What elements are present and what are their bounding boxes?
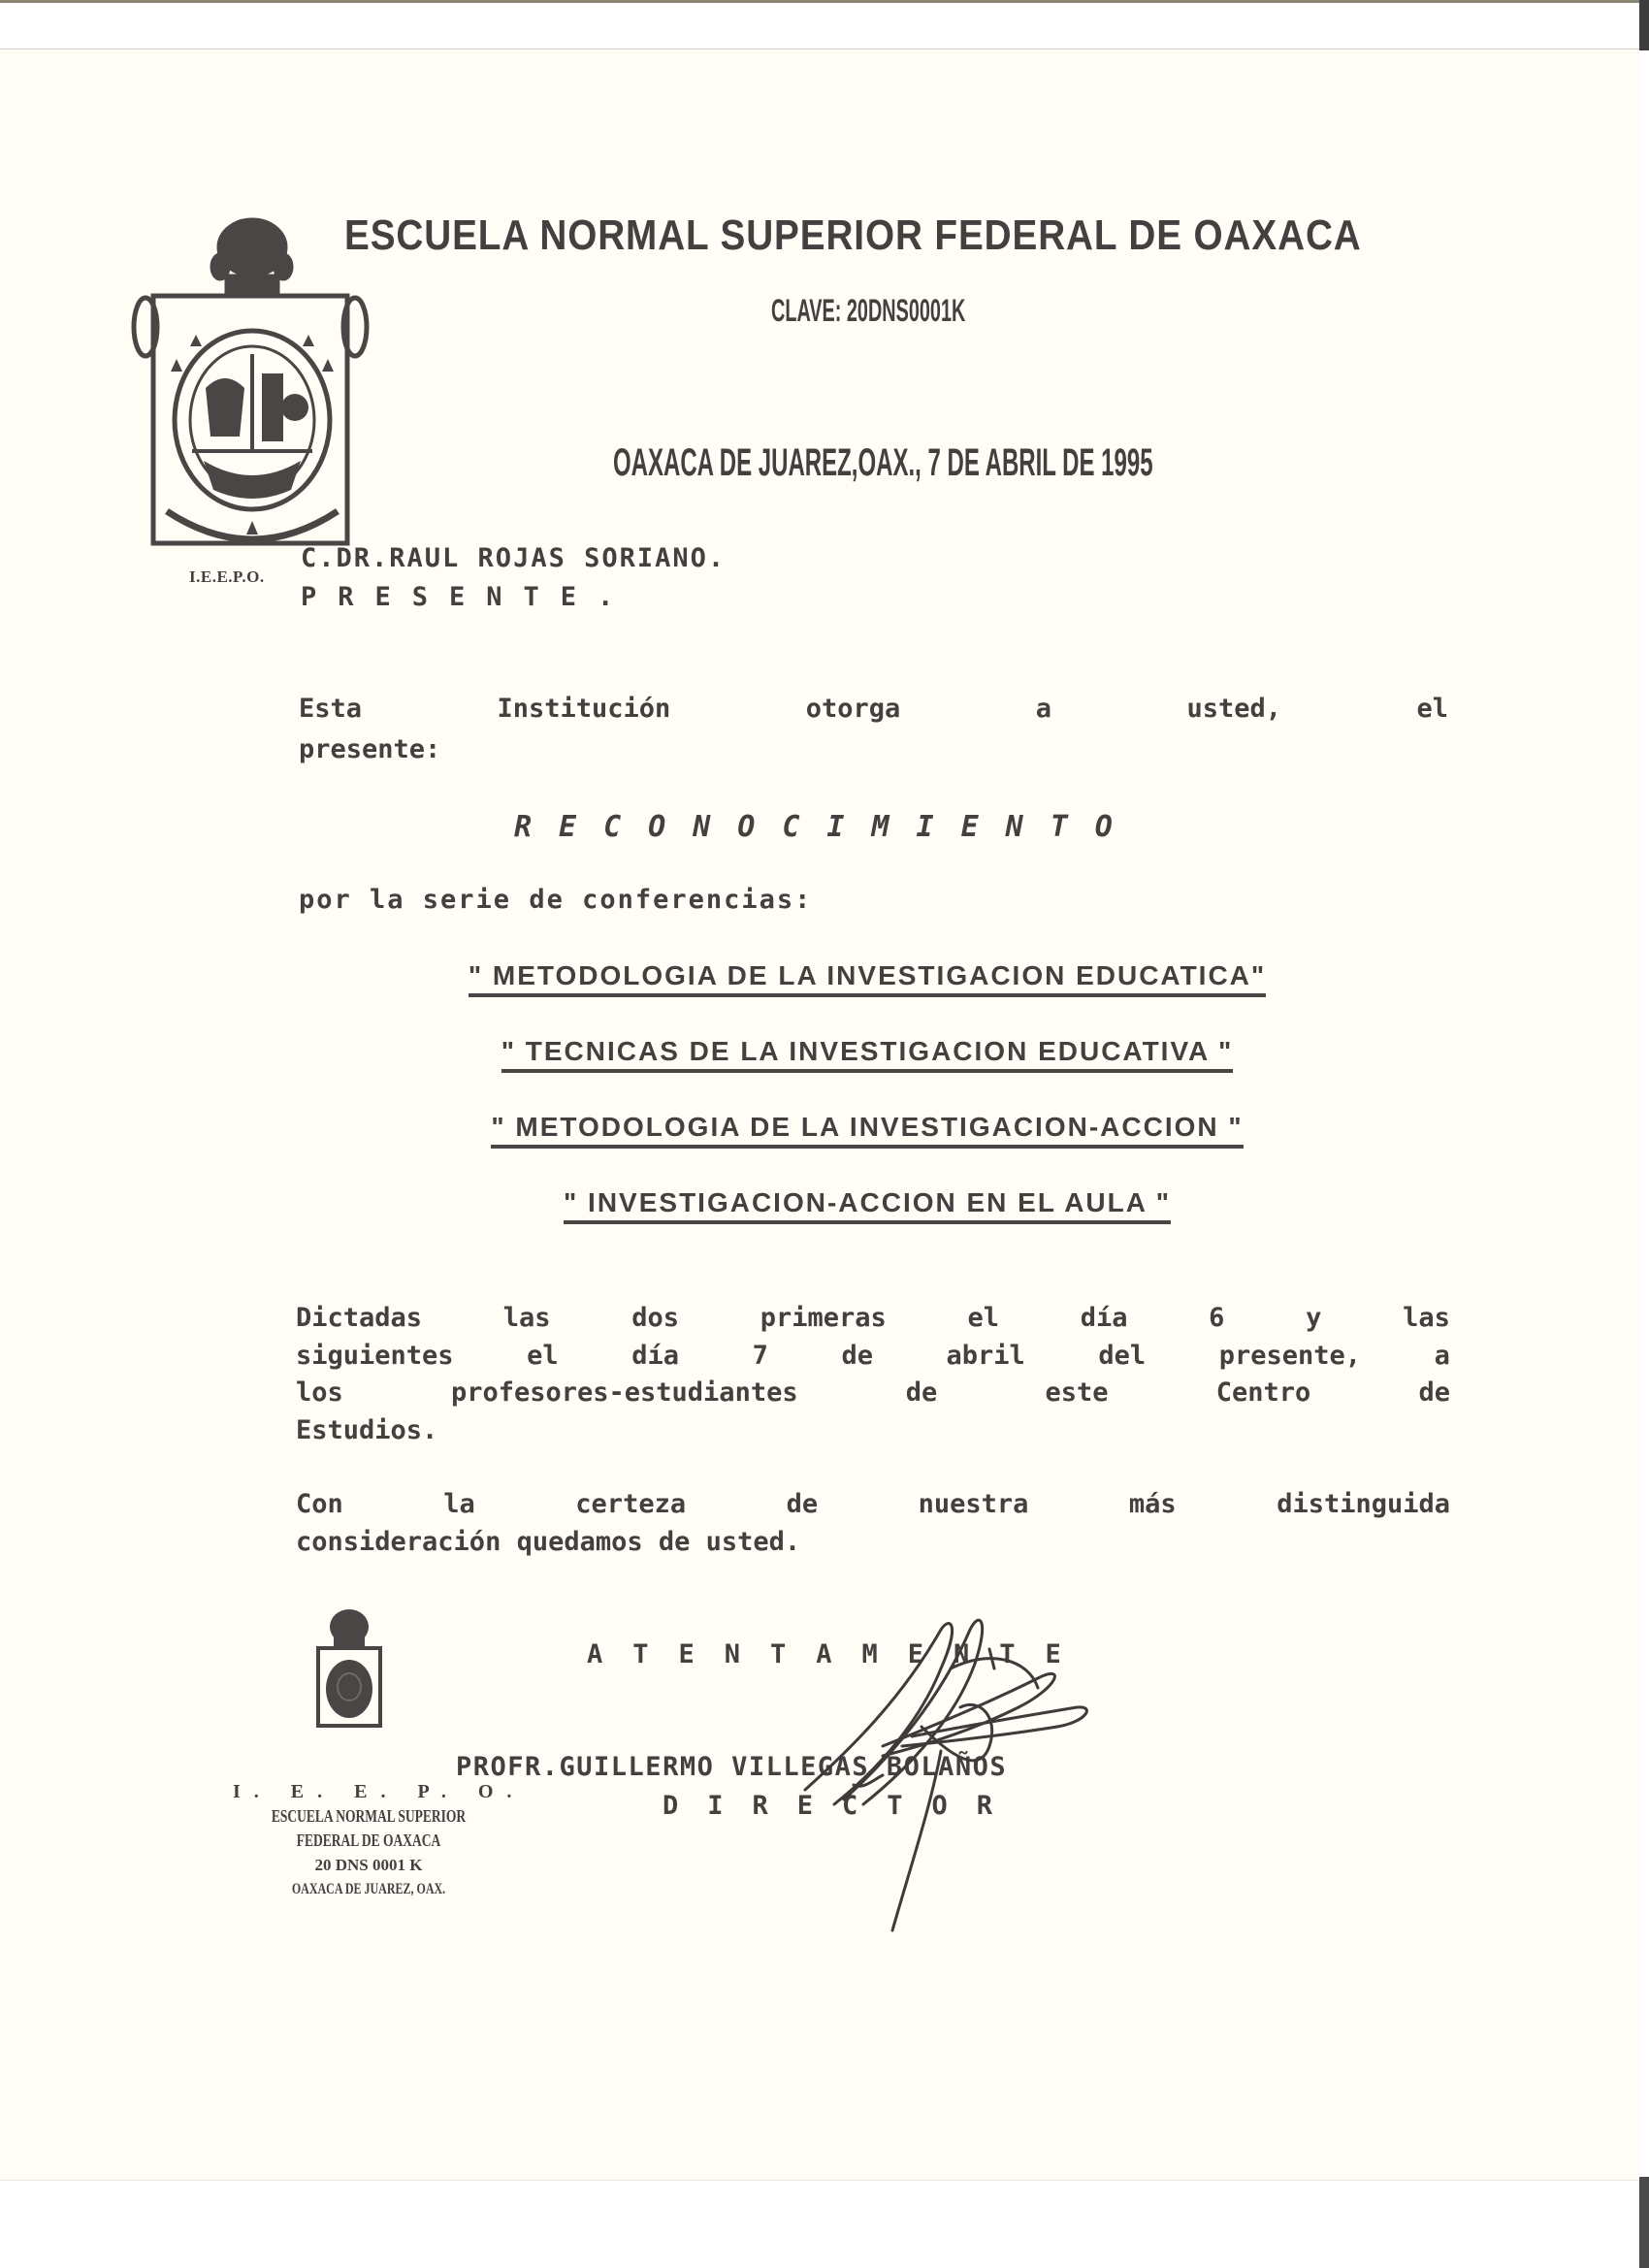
paragraph-line: Estudios. <box>296 1412 1450 1450</box>
paragraph-line: Conlacertezadenuestramásdistinguida <box>296 1486 1450 1524</box>
presente-label: PRESENTE. <box>301 582 634 612</box>
word: consideración quedamos de usted. <box>296 1524 800 1562</box>
paragraph-line: Dictadaslasdosprimeraseldía6ylas <box>296 1300 1450 1338</box>
conference-title: " INVESTIGACION-ACCION EN EL AULA " <box>43 1187 1649 1218</box>
conference-title: " METODOLOGIA DE LA INVESTIGACION-ACCION… <box>43 1112 1649 1143</box>
word: Dictadas <box>296 1300 422 1338</box>
word: dos <box>631 1300 679 1338</box>
word: día <box>1081 1300 1128 1338</box>
paragraph-closing: Conlacertezadenuestramásdistinguidaconsi… <box>296 1486 1450 1561</box>
word: 7 <box>753 1338 768 1376</box>
institution-stamp: I. E. E. P. O. ESCUELA NORMAL SUPERIOR F… <box>233 1780 504 1901</box>
stamp-line: 20 DNS 0001 K <box>233 1853 504 1877</box>
stamp-line: OAXACA DE JUAREZ, OAX. <box>267 1877 470 1901</box>
word: primeras <box>760 1300 887 1338</box>
scan-edge-top <box>0 0 1649 3</box>
stamp-line: ESCUELA NORMAL SUPERIOR <box>267 1804 470 1829</box>
word: este <box>1045 1375 1108 1412</box>
stamp-line: I. E. E. P. O. <box>233 1780 504 1804</box>
conference-title-text: " INVESTIGACION-ACCION EN EL AULA " <box>564 1187 1171 1224</box>
intro-line: Esta Institución otorga a usted, el <box>299 694 1448 724</box>
word: usted, <box>1186 694 1281 724</box>
word: día <box>631 1338 679 1376</box>
school-name: ESCUELA NORMAL SUPERIOR FEDERAL DE OAXAC… <box>344 211 1362 260</box>
conference-title-text: " TECNICAS DE LA INVESTIGACION EDUCATIVA… <box>501 1036 1234 1073</box>
word: las <box>503 1300 551 1338</box>
word: distinguida <box>1277 1486 1450 1524</box>
word: a <box>1435 1338 1450 1376</box>
word: de <box>841 1338 873 1376</box>
word: la <box>443 1486 475 1524</box>
conference-title-text: " METODOLOGIA DE LA INVESTIGACION EDUCAT… <box>469 960 1266 997</box>
scan-edge-strip <box>1639 2177 1649 2268</box>
word: los <box>296 1375 343 1412</box>
word: a <box>1036 694 1051 724</box>
oaxaca-coat-of-arms-icon <box>128 199 371 558</box>
word: Esta <box>299 694 362 724</box>
paragraph-line: siguienteseldía7deabrildelpresente,a <box>296 1338 1450 1376</box>
place-and-date: OAXACA DE JUAREZ,OAX., 7 DE ABRIL DE 199… <box>613 441 1153 485</box>
logo-caption: I.E.E.P.O. <box>189 567 265 587</box>
word: siguientes <box>296 1338 454 1376</box>
word: 6 <box>1209 1300 1224 1338</box>
word: Estudios. <box>296 1412 437 1450</box>
award-title: RECONOCIMIENTO <box>514 810 1140 844</box>
conference-title: " METODOLOGIA DE LA INVESTIGACION EDUCAT… <box>43 960 1649 991</box>
word: el <box>1416 694 1448 724</box>
word: abril <box>947 1338 1025 1376</box>
school-code: CLAVE: 20DNS0001K <box>771 293 965 329</box>
series-intro: por la serie de conferencias: <box>299 885 812 915</box>
word: y <box>1306 1300 1321 1338</box>
word: Con <box>296 1486 343 1524</box>
word: nuestra <box>919 1486 1029 1524</box>
word: de <box>906 1375 938 1412</box>
stamp-line: FEDERAL DE OAXACA <box>267 1829 470 1853</box>
conference-title-text: " METODOLOGIA DE LA INVESTIGACION-ACCION… <box>491 1112 1243 1149</box>
word: Institución <box>497 694 670 724</box>
word: de <box>787 1486 819 1524</box>
word: las <box>1403 1300 1450 1338</box>
signature-icon <box>795 1610 1115 1935</box>
conference-title: " TECNICAS DE LA INVESTIGACION EDUCATIVA… <box>43 1036 1649 1067</box>
seal-icon <box>310 1605 388 1732</box>
word: profesores-estudiantes <box>451 1375 798 1412</box>
recipient-name: C.DR.RAUL ROJAS SORIANO. <box>301 543 726 573</box>
paragraph-line: consideración quedamos de usted. <box>296 1524 1450 1562</box>
word: más <box>1129 1486 1177 1524</box>
word: certeza <box>575 1486 686 1524</box>
paragraph-dates: Dictadaslasdosprimeraseldía6ylassiguient… <box>296 1300 1450 1449</box>
word: de <box>1418 1375 1450 1412</box>
word: presente, <box>1219 1338 1361 1376</box>
word: Centro <box>1216 1375 1311 1412</box>
intro-line: presente: <box>299 734 440 764</box>
word: del <box>1098 1338 1146 1376</box>
word: el <box>527 1338 559 1376</box>
paragraph-line: losprofesores-estudiantesdeesteCentrode <box>296 1375 1450 1412</box>
scan-edge-strip <box>1639 0 1649 50</box>
word: otorga <box>806 694 901 724</box>
word: el <box>967 1300 999 1338</box>
